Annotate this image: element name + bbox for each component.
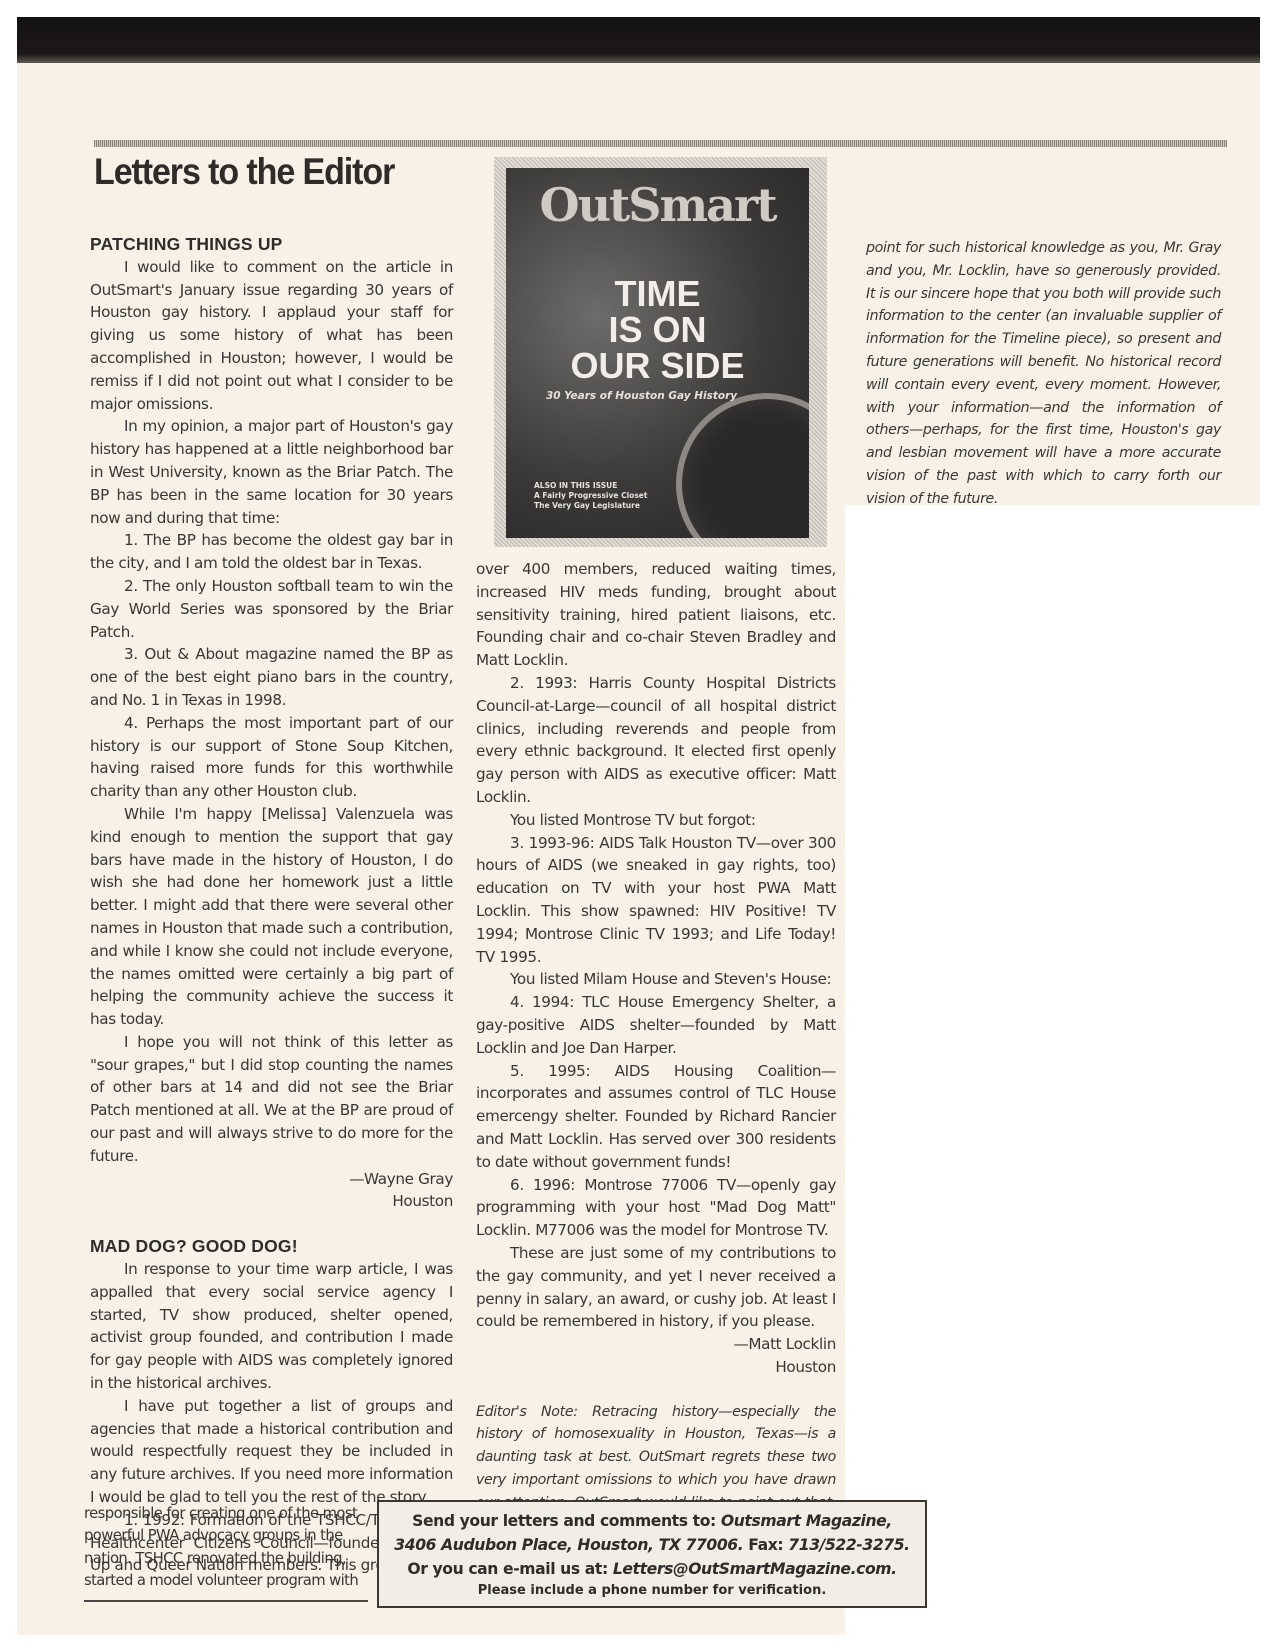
contact-line-2: 3406 Audubon Place, Houston, TX 77006. F… (379, 1533, 925, 1557)
letter2-paragraph: over 400 members, reduced waiting times,… (476, 558, 836, 672)
magazine-cover-image: OutSmart TIME IS ON OUR SIDE 30 Years of… (506, 168, 809, 538)
editors-note-continued: point for such historical knowledge as y… (866, 237, 1221, 511)
letter1-paragraph: 2. The only Houston softball team to win… (90, 575, 453, 643)
letter2-location: Houston (476, 1356, 836, 1379)
letter2-heading: MAD DOG? GOOD DOG! (90, 1235, 453, 1258)
speedometer-graphic (676, 393, 809, 538)
headline-line: IS ON (506, 312, 809, 348)
letter1-paragraph: 4. Perhaps the most important part of ou… (90, 712, 453, 803)
cover-also-in-issue: ALSO IN THIS ISSUE A Fairly Progressive … (534, 481, 694, 511)
scan-blank-area (845, 505, 1275, 1650)
fax-number: 713/522-3275. (788, 1536, 909, 1554)
letter1-paragraph: I would like to comment on the article i… (90, 256, 453, 416)
letter1-paragraph: I hope you will not think of this letter… (90, 1031, 453, 1168)
text-line: powerful PWA advocacy groups in the (84, 1525, 369, 1547)
letter1-heading: PATCHING THINGS UP (90, 233, 453, 256)
verification-note: Please include a phone number for verifi… (379, 1581, 925, 1601)
headline-line: OUR SIDE (506, 348, 809, 384)
column-end-rule (84, 1600, 368, 1602)
column-2: over 400 members, reduced waiting times,… (476, 558, 836, 1583)
letter2-paragraph: 2. 1993: Harris County Hospital District… (476, 672, 836, 809)
letter1-paragraph: In my opinion, a major part of Houston's… (90, 415, 453, 529)
letter2-signature: —Matt Locklin (476, 1333, 836, 1356)
contact-line-1: Send your letters and comments to: Outsm… (379, 1509, 925, 1533)
text-line: started a model volunteer program with (84, 1570, 369, 1592)
letter1-signature: —Wayne Gray (90, 1168, 453, 1191)
magazine-name: Outsmart Magazine, (721, 1512, 892, 1530)
cover-masthead: OutSmart (516, 180, 799, 230)
letter1-paragraph: 3. Out & About magazine named the BP as … (90, 643, 453, 711)
page-title: Letters to the Editor (94, 151, 394, 193)
letter2-paragraph: In response to your time warp article, I… (90, 1258, 453, 1395)
also-line: ALSO IN THIS ISSUE (534, 481, 694, 491)
cover-subheadline: 30 Years of Houston Gay History (546, 390, 786, 402)
letter2-paragraph: These are just some of my contributions … (476, 1242, 836, 1333)
contact-line-3: Or you can e-mail us at: Letters@OutSmar… (379, 1557, 925, 1581)
letter2-paragraph: I have put together a list of groups and… (90, 1395, 453, 1509)
mailing-address: 3406 Audubon Place, Houston, TX 77006. (394, 1536, 743, 1554)
letter2-paragraph: 3. 1993-96: AIDS Talk Houston TV—over 30… (476, 832, 836, 969)
letter1-paragraph: 1. The BP has become the oldest gay bar … (90, 529, 453, 575)
column-1: PATCHING THINGS UP I would like to comme… (90, 233, 453, 1577)
letter2-paragraph: You listed Montrose TV but forgot: (476, 809, 836, 832)
letter2-paragraph: 5. 1995: AIDS Housing Coalition—incorpor… (476, 1060, 836, 1174)
scan-blank-bottom (0, 1635, 1275, 1650)
headline-line: TIME (506, 276, 809, 312)
scan-dark-band (17, 17, 1260, 63)
letter2-paragraph: You listed Milam House and Steven's Hous… (476, 968, 836, 991)
column-1-tail: responsible for creating one of the most… (84, 1503, 369, 1592)
also-line: The Very Gay Legislature (534, 501, 694, 511)
fax-label: Fax: (743, 1536, 788, 1554)
cover-headline: TIME IS ON OUR SIDE (506, 276, 809, 384)
header-rule (94, 140, 1227, 147)
contact-info-box: Send your letters and comments to: Outsm… (377, 1500, 927, 1608)
column-3-editors-note: point for such historical knowledge as y… (866, 237, 1221, 511)
letter2-paragraph: 4. 1994: TLC House Emergency Shelter, a … (476, 991, 836, 1059)
letter1-location: Houston (90, 1190, 453, 1213)
email-address: Letters@OutSmartMagazine.com. (613, 1560, 897, 1578)
letter1-paragraph: While I'm happy [Melissa] Valenzuela was… (90, 803, 453, 1031)
letter2-paragraph: 6. 1996: Montrose 77006 TV—openly gay pr… (476, 1174, 836, 1242)
contact-text: Send your letters and comments to: (412, 1512, 721, 1530)
also-line: A Fairly Progressive Closet (534, 491, 694, 501)
email-label: Or you can e-mail us at: (407, 1560, 612, 1578)
text-line: responsible for creating one of the most (84, 1503, 369, 1525)
text-line: nation. TSHCC renovated the building, (84, 1548, 369, 1570)
